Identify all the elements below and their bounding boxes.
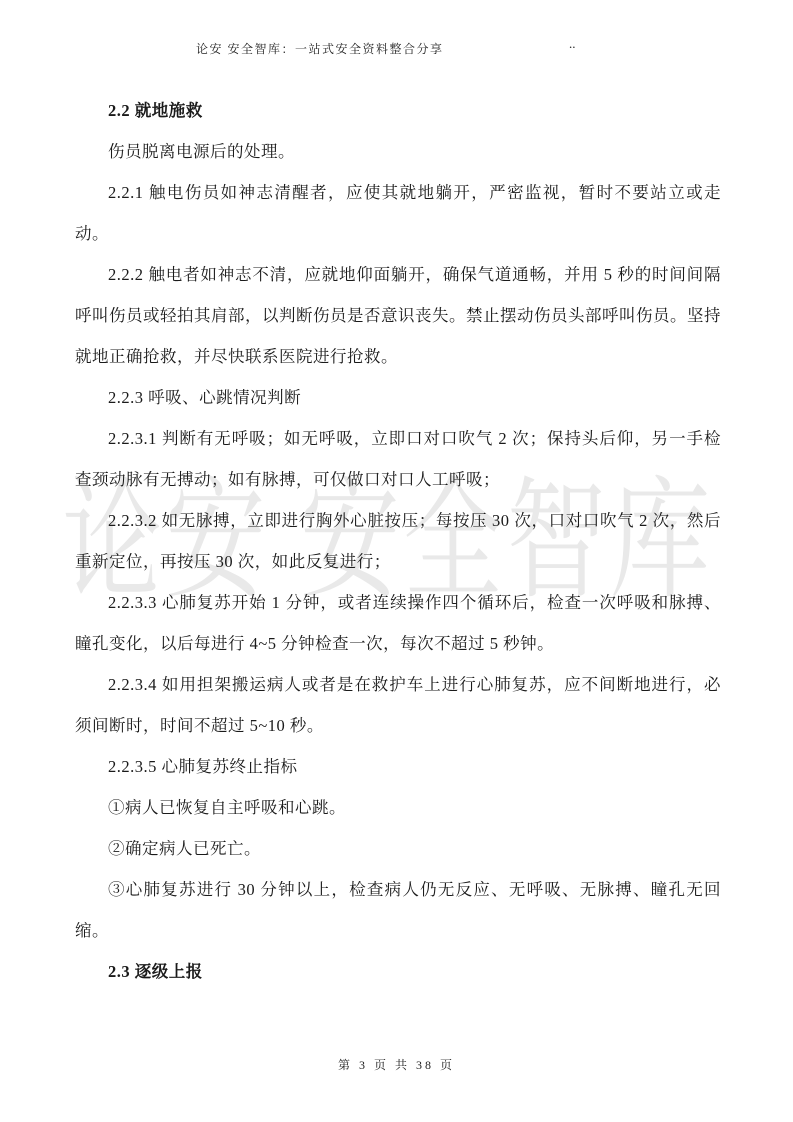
paragraph-2-2-3: 2.2.3 呼吸、心跳情况判断 [75,377,721,418]
document-body: 2.2 就地施救 伤员脱离电源后的处理。 2.2.1 触电伤员如神志清醒者，应使… [75,90,721,992]
paragraph-2-2-3-2: 2.2.3.2 如无脉搏，立即进行胸外心脏按压；每按压 30 次，口对口吹气 2… [75,500,721,582]
section-heading-2-2: 2.2 就地施救 [75,90,721,131]
list-item-1: ①病人已恢复自主呼吸和心跳。 [75,787,721,828]
paragraph-2-2-3-1: 2.2.3.1 判断有无呼吸；如无呼吸，立即口对口吹气 2 次；保持头后仰，另一… [75,418,721,500]
page-footer: 第 3 页 共 38 页 [0,1056,793,1073]
document-page: 论安 安全智库：一站式安全资料整合分享 .. 论安 安全智库 2.2 就地施救 … [0,0,793,1122]
header-right-mark: .. [569,36,576,52]
section-heading-2-3: 2.3 逐级上报 [75,951,721,992]
paragraph-2-2-3-5: 2.2.3.5 心肺复苏终止指标 [75,746,721,787]
header-title: 论安 安全智库：一站式安全资料整合分享 [196,40,444,57]
paragraph-2-2-3-3: 2.2.3.3 心肺复苏开始 1 分钟，或者连续操作四个循环后，检查一次呼吸和脉… [75,582,721,664]
list-item-3: ③心肺复苏进行 30 分钟以上，检查病人仍无反应、无呼吸、无脉搏、瞳孔无回缩。 [75,869,721,951]
paragraph-2-2-1: 2.2.1 触电伤员如神志清醒者，应使其就地躺开，严密监视，暂时不要站立或走动。 [75,172,721,254]
paragraph-intro: 伤员脱离电源后的处理。 [75,131,721,172]
list-item-2: ②确定病人已死亡。 [75,828,721,869]
paragraph-2-2-3-4: 2.2.3.4 如用担架搬运病人或者是在救护车上进行心肺复苏，应不间断地进行，必… [75,664,721,746]
paragraph-2-2-2: 2.2.2 触电者如神志不清，应就地仰面躺开，确保气道通畅，并用 5 秒的时间间… [75,254,721,377]
page-number: 第 3 页 共 38 页 [338,1058,455,1072]
